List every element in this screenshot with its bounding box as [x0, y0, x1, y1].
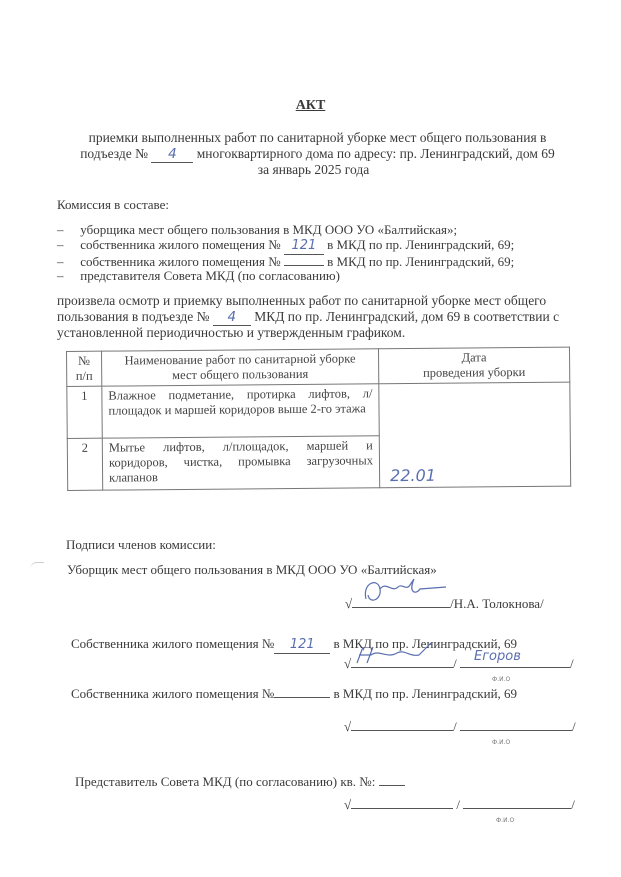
member-prefix: собственника жилого помещения № — [80, 254, 280, 269]
check-mark: √ — [345, 596, 352, 611]
fio-caption: Ф.И.О — [496, 813, 514, 829]
inspection-suffix: МКД по пр. Ленинградский, дом 69 в соотв… — [254, 309, 559, 324]
handwritten-name: Егоров — [474, 649, 521, 665]
signature-icon — [353, 643, 453, 669]
header-text: п/п — [73, 369, 95, 384]
apartment-number-field[interactable] — [284, 253, 324, 266]
row-work-name: Мытье лифтов, л/площадок, маршей и корид… — [102, 436, 379, 490]
header-text: Дата — [385, 350, 563, 367]
subtitle-line-3: за январь 2025 года — [0, 162, 621, 178]
works-table: № п/п Наименование работ по санитарной у… — [66, 347, 571, 491]
header-text: № — [73, 354, 95, 369]
inspection-line-3: установленной периодичностью и утвержден… — [57, 325, 405, 341]
inspection-line-1: произвела осмотр и приемку выполненных р… — [57, 293, 546, 309]
owner2-signature-line: √/ / Ф.И.О — [344, 718, 576, 735]
member-suffix: в МКД по пр. Ленинградский, 69; — [327, 254, 514, 269]
header-text: мест общего пользования — [108, 366, 372, 383]
subtitle-suffix: многоквартирного дома по адресу: пр. Лен… — [197, 146, 555, 161]
owner-prefix: Собственника жилого помещения № — [71, 636, 274, 651]
cleaner-signature-line: √ /Н.А. Толокнова/ — [345, 595, 544, 612]
table-row: 1 Влажное подметание, протирка лифтов, л… — [67, 382, 570, 438]
act-title: АКТ — [0, 98, 621, 114]
header-work-name: Наименование работ по санитарной уборке … — [102, 349, 379, 386]
member-text: уборщика мест общего пользования в МКД О… — [80, 222, 457, 237]
inspection-line-2: пользования в подъезде № 4 МКД по пр. Ле… — [57, 309, 559, 326]
slash: / — [572, 719, 576, 734]
entrance-number-field[interactable]: 4 — [151, 146, 193, 163]
row-number: 2 — [67, 438, 102, 490]
list-dash: – — [57, 268, 77, 284]
apartment-number-field[interactable] — [274, 685, 330, 698]
commission-member-4: – представителя Совета МКД (по согласова… — [57, 268, 340, 284]
signature-field[interactable] — [351, 796, 453, 809]
signature-field[interactable] — [352, 595, 450, 608]
signatures-heading: Подписи членов комиссии: — [66, 537, 216, 553]
row-number: 1 — [67, 386, 102, 438]
list-dash: – — [57, 222, 77, 238]
signature-field[interactable] — [351, 718, 453, 731]
subtitle-prefix: подъезде № — [80, 146, 148, 161]
check-mark: √ — [344, 656, 351, 671]
subtitle-line-1: приемки выполненных работ по санитарной … — [0, 130, 621, 146]
table-header-row: № п/п Наименование работ по санитарной у… — [67, 347, 570, 386]
owner-prefix: Собственника жилого помещения № — [71, 686, 274, 701]
commission-member-1: – уборщика мест общего пользования в МКД… — [57, 222, 457, 238]
apartment-number-field[interactable]: 121 — [274, 637, 330, 654]
entrance-number-field[interactable]: 4 — [213, 309, 251, 326]
owner1-signature-line: √ / Егоров / Ф.И.О — [344, 655, 574, 672]
owner2-line: Собственника жилого помещения № в МКД по… — [71, 685, 517, 702]
slash: / — [571, 797, 575, 812]
member-suffix: в МКД по пр. Ленинградский, 69; — [327, 237, 514, 252]
header-text: Наименование работ по санитарной уборке — [108, 351, 372, 368]
check-mark: √ — [344, 719, 351, 734]
council-rep-label: Представитель Совета МКД (по согласовани… — [75, 774, 375, 789]
handwritten-date: 22.01 — [390, 466, 436, 485]
slash: / — [453, 719, 457, 734]
member-text: представителя Совета МКД (по согласовани… — [80, 268, 340, 283]
fio-field[interactable] — [460, 718, 572, 731]
fio-caption: Ф.И.О — [492, 735, 510, 751]
commission-heading: Комиссия в составе: — [57, 197, 169, 213]
date-cell[interactable]: 22.01 — [379, 382, 571, 488]
council-rep-line: Представитель Совета МКД (по согласовани… — [75, 773, 405, 790]
council-rep-signature-line: √ / / Ф.И.О — [344, 796, 575, 813]
header-text: проведения уборки — [385, 365, 563, 382]
fio-field[interactable]: Егоров — [460, 655, 570, 668]
owner-suffix: в МКД по пр. Ленинградский, 69 — [334, 686, 518, 701]
slash: / — [456, 797, 460, 812]
inspection-prefix: пользования в подъезде № — [57, 309, 209, 324]
signature-field[interactable] — [351, 655, 453, 668]
check-mark: √ — [344, 797, 351, 812]
punch-mark — [30, 562, 44, 577]
subtitle-line-2: подъезде № 4 многоквартирного дома по ад… — [0, 146, 621, 163]
signature-icon — [358, 575, 448, 609]
row-work-name: Влажное подметание, протирка лифтов, л/п… — [102, 384, 379, 438]
list-dash: – — [57, 237, 77, 253]
apartment-number-field[interactable] — [379, 773, 405, 786]
member-prefix: собственника жилого помещения № — [80, 237, 280, 252]
slash: / — [570, 656, 574, 671]
slash: / — [453, 656, 457, 671]
fio-field[interactable] — [463, 796, 571, 809]
cleaner-name: /Н.А. Толокнова/ — [450, 596, 544, 611]
header-number: № п/п — [67, 351, 102, 386]
header-date: Дата проведения уборки — [378, 347, 569, 384]
